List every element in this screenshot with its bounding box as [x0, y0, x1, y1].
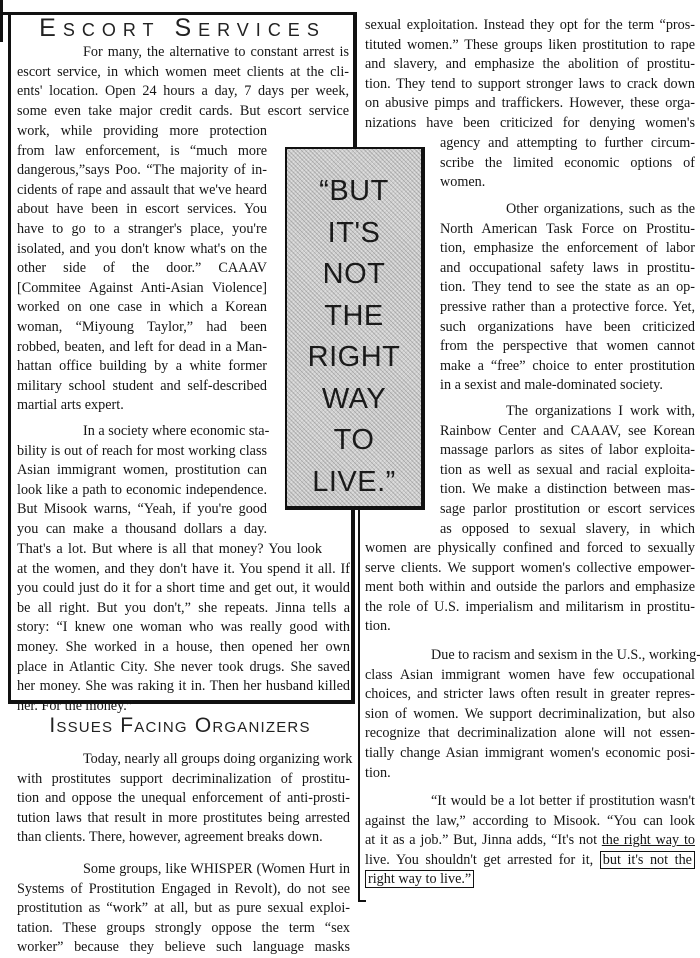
text-line: and slavery, and emphasize the abolition…: [365, 55, 695, 75]
text-line: tion. We make a distinction between mas-: [440, 480, 695, 500]
text-line: about have been in escort services. You: [17, 200, 267, 220]
text-line: with prostitutes support decriminalizati…: [17, 770, 350, 790]
text-line: look like a path to economic independenc…: [17, 481, 267, 501]
text-line: scribe the limited economic options of: [440, 154, 695, 174]
text-line: Asian immigrant women, prostitution can: [17, 461, 267, 481]
text-line: other side of the door.” CAAAV: [17, 259, 267, 279]
pull-quote-line: LIVE.”: [312, 462, 396, 504]
text-line: But Misook warns, “Yeah, if you're good: [17, 500, 267, 520]
text-line: massage parlors as sites of labor exploi…: [440, 441, 695, 461]
text-line: North American Task Force on Prostitu-: [440, 220, 695, 240]
text-line: That's a lot. But where is all that mone…: [17, 540, 322, 560]
text-line: ment both within and outside the parlors…: [365, 578, 695, 598]
frame-line: [0, 0, 3, 42]
text-line: The organizations I work with,: [440, 402, 695, 422]
text-fragment: live. You shouldn't get arrested for it,: [365, 852, 600, 868]
text-line: place in Atlantic City. She never took d…: [17, 658, 350, 678]
underlined-quote: the right way to: [602, 832, 695, 848]
text-line: nizations have been criticized for denyi…: [365, 114, 695, 134]
text-line: from law enforcement, is “much more: [17, 142, 267, 162]
text-line: live. You shouldn't get arrested for it,…: [365, 851, 695, 871]
text-line: Today, nearly all groups doing organizin…: [17, 750, 350, 770]
text-line: prostitution as “work” at all, but as pu…: [17, 899, 350, 919]
pull-quote-line: THE: [324, 296, 384, 338]
text-line: her money. She was raking it in. Then he…: [17, 677, 350, 697]
text-line: class Asian immigrant women have few occ…: [365, 666, 695, 686]
text-line: tion.: [365, 617, 695, 637]
text-line: on abusive pimps and traffickers. Howeve…: [365, 94, 695, 114]
section-heading-issues-facing-organizers: Issues Facing Organizers: [10, 713, 350, 739]
text-line: tion. They tend to see the state as an o…: [440, 278, 695, 298]
pull-quote-line: TO: [334, 420, 375, 462]
paragraph-escort-intro-wrap: work, while providing more protection fr…: [17, 122, 267, 416]
text-line: pressive rather than a protective force.…: [440, 298, 695, 318]
paragraph-issues-intro: Today, nearly all groups doing organizin…: [17, 750, 350, 848]
text-line: tion, emphasize the enforcement of labor: [440, 239, 695, 259]
frame-line: [353, 12, 357, 148]
text-line: [Commitee Against Anti-Asian Violence]: [17, 279, 267, 299]
text-line: work, while providing more protection: [17, 122, 267, 142]
text-line: Rainbow Center and CAAAV, see Korean: [440, 422, 695, 442]
text-line: woman, “Miyoung Taylor,” had been: [17, 318, 267, 338]
text-line: in a sexist and male-dominated society.: [440, 376, 695, 396]
column-divider: [358, 900, 366, 902]
text-line: tation. These groups strongly oppose the…: [17, 919, 350, 939]
text-line: escort service, in which women meet clie…: [17, 63, 349, 83]
paragraph-rainbow-center: The organizations I work with, Rainbow C…: [440, 402, 695, 539]
paragraph-prostituted-women: sexual exploitation. Instead they opt fo…: [365, 16, 695, 134]
text-line: sion of women. We support decriminalizat…: [365, 705, 695, 725]
text-line: tion. They tend to support stronger laws…: [365, 75, 695, 95]
text-line: be all right. But you don't,” she repeat…: [17, 599, 350, 619]
text-line: tion and oppose the unequal enforcement …: [17, 789, 350, 809]
text-line: Systems of Prostitution Engaged in Revol…: [17, 880, 350, 900]
boxed-quote: right way to live.”: [365, 870, 474, 888]
text-line: tution laws that result in more prostitu…: [17, 809, 350, 829]
text-line: cidents of rape and assault that we've h…: [17, 181, 267, 201]
text-line: isolated, and you don't know what's on t…: [17, 240, 267, 260]
text-line: some even take major credit cards. But e…: [17, 102, 349, 122]
paragraph-escort-intro: For many, the alternative to constant ar…: [17, 43, 349, 121]
text-line: serve clients. We support women's collec…: [365, 559, 695, 579]
text-line: In a society where economic sta-: [17, 422, 267, 442]
paragraph-whisper: Some groups, like WHISPER (Women Hurt in…: [17, 860, 350, 958]
text-line: recognize that decriminalization alone w…: [365, 724, 695, 744]
text-line: money. She worked in a house, then opene…: [17, 638, 350, 658]
text-line: Other organizations, such as the: [440, 200, 695, 220]
text-line: you can make a thousand dollars a day.: [17, 520, 267, 540]
text-line: choices, and stricter laws often result …: [365, 685, 695, 705]
pull-quote-line: “BUT: [319, 171, 389, 213]
text-line: you could just do it for a short time an…: [17, 579, 350, 599]
paragraph-racism-sexism: Due to racism and sexism in the U.S., wo…: [365, 646, 695, 783]
text-line: right way to live.”: [365, 870, 695, 890]
text-line: at it as a job.” But, Jinna adds, “It's …: [365, 831, 695, 851]
text-line: sage parlor prostitution or escort servi…: [440, 500, 695, 520]
text-line: worker” because they believe such langua…: [17, 938, 350, 958]
text-line: have to go to a stranger's place, you're: [17, 220, 267, 240]
text-line: tion.: [365, 764, 695, 784]
text-fragment: at it as a job.” But, Jinna adds, “It's …: [365, 832, 602, 848]
text-line: bility is out of reach for most working …: [17, 442, 267, 462]
text-line: hattan office building by a white former: [17, 357, 267, 377]
boxed-quote: but it's not the: [600, 851, 695, 869]
text-line: tion as well as sexual and racial exploi…: [440, 461, 695, 481]
text-line: story: “I knew one woman who was really …: [17, 618, 350, 638]
text-line: such organizations have been criticized: [440, 318, 695, 338]
paragraph-economic-stability: In a society where economic sta- bility …: [17, 422, 267, 540]
paragraph-rainbow-center-wrap: women are physically confined and forced…: [365, 539, 695, 637]
frame-line: [8, 12, 11, 704]
text-line: robbed, beaten, and left for dead in a M…: [17, 338, 267, 358]
column-divider: [358, 510, 360, 902]
text-line: martial arts expert.: [17, 396, 267, 416]
text-line: than clients. There, however, agreement …: [17, 828, 350, 848]
paragraph-economic-stability-wrap: That's a lot. But where is all that mone…: [17, 540, 350, 716]
text-line: “It would be a lot better if prostitutio…: [365, 792, 695, 812]
pull-quote-line: IT'S: [328, 213, 381, 255]
paragraph-task-force: Other organizations, such as the North A…: [440, 200, 695, 396]
text-line: dangerous,”says Poo. “The majority of in…: [17, 161, 267, 181]
text-line: military school student and self-describ…: [17, 377, 267, 397]
text-line: women.: [440, 173, 695, 193]
text-line: the role of U.S. imperialism and militar…: [365, 598, 695, 618]
text-line: at the women, and they don't have it. Yo…: [17, 560, 350, 580]
text-line: sexual exploitation. Instead they opt fo…: [365, 16, 695, 36]
text-line: make a “free” choice to enter prostituti…: [440, 357, 695, 377]
paragraph-prostituted-women-wrap: agency and attempting to further circum-…: [440, 134, 695, 193]
section-heading-escort-services: Escort Services: [30, 14, 335, 42]
pull-quote-line: RIGHT: [308, 337, 401, 379]
text-line: and occupational safety laws in prostitu…: [440, 259, 695, 279]
frame-line: [351, 510, 355, 704]
text-line: ents' location. Open 24 hours a day, 7 d…: [17, 82, 349, 102]
text-line: women are physically confined and forced…: [365, 539, 695, 559]
text-line: tially change Asian immigrant women's ec…: [365, 744, 695, 764]
pull-quote-line: NOT: [323, 254, 386, 296]
text-line: from the perspective that women cannot: [440, 337, 695, 357]
pull-quote-box: “BUT IT'S NOT THE RIGHT WAY TO LIVE.”: [285, 147, 425, 510]
text-line: Some groups, like WHISPER (Women Hurt in: [17, 860, 350, 880]
text-line: agency and attempting to further circum-: [440, 134, 695, 154]
paragraph-right-way-to-live: “It would be a lot better if prostitutio…: [365, 792, 695, 890]
text-line: Due to racism and sexism in the U.S., wo…: [365, 646, 695, 666]
text-line: For many, the alternative to constant ar…: [17, 43, 349, 63]
text-line: worked on one case in which a Korean: [17, 298, 267, 318]
text-line: tituted women.” These groups liken prost…: [365, 36, 695, 56]
pull-quote-line: WAY: [322, 379, 386, 421]
text-line: against the law,” according to Misook. “…: [365, 812, 695, 832]
text-line: as opposed to sexual slavery, in which: [440, 520, 695, 540]
